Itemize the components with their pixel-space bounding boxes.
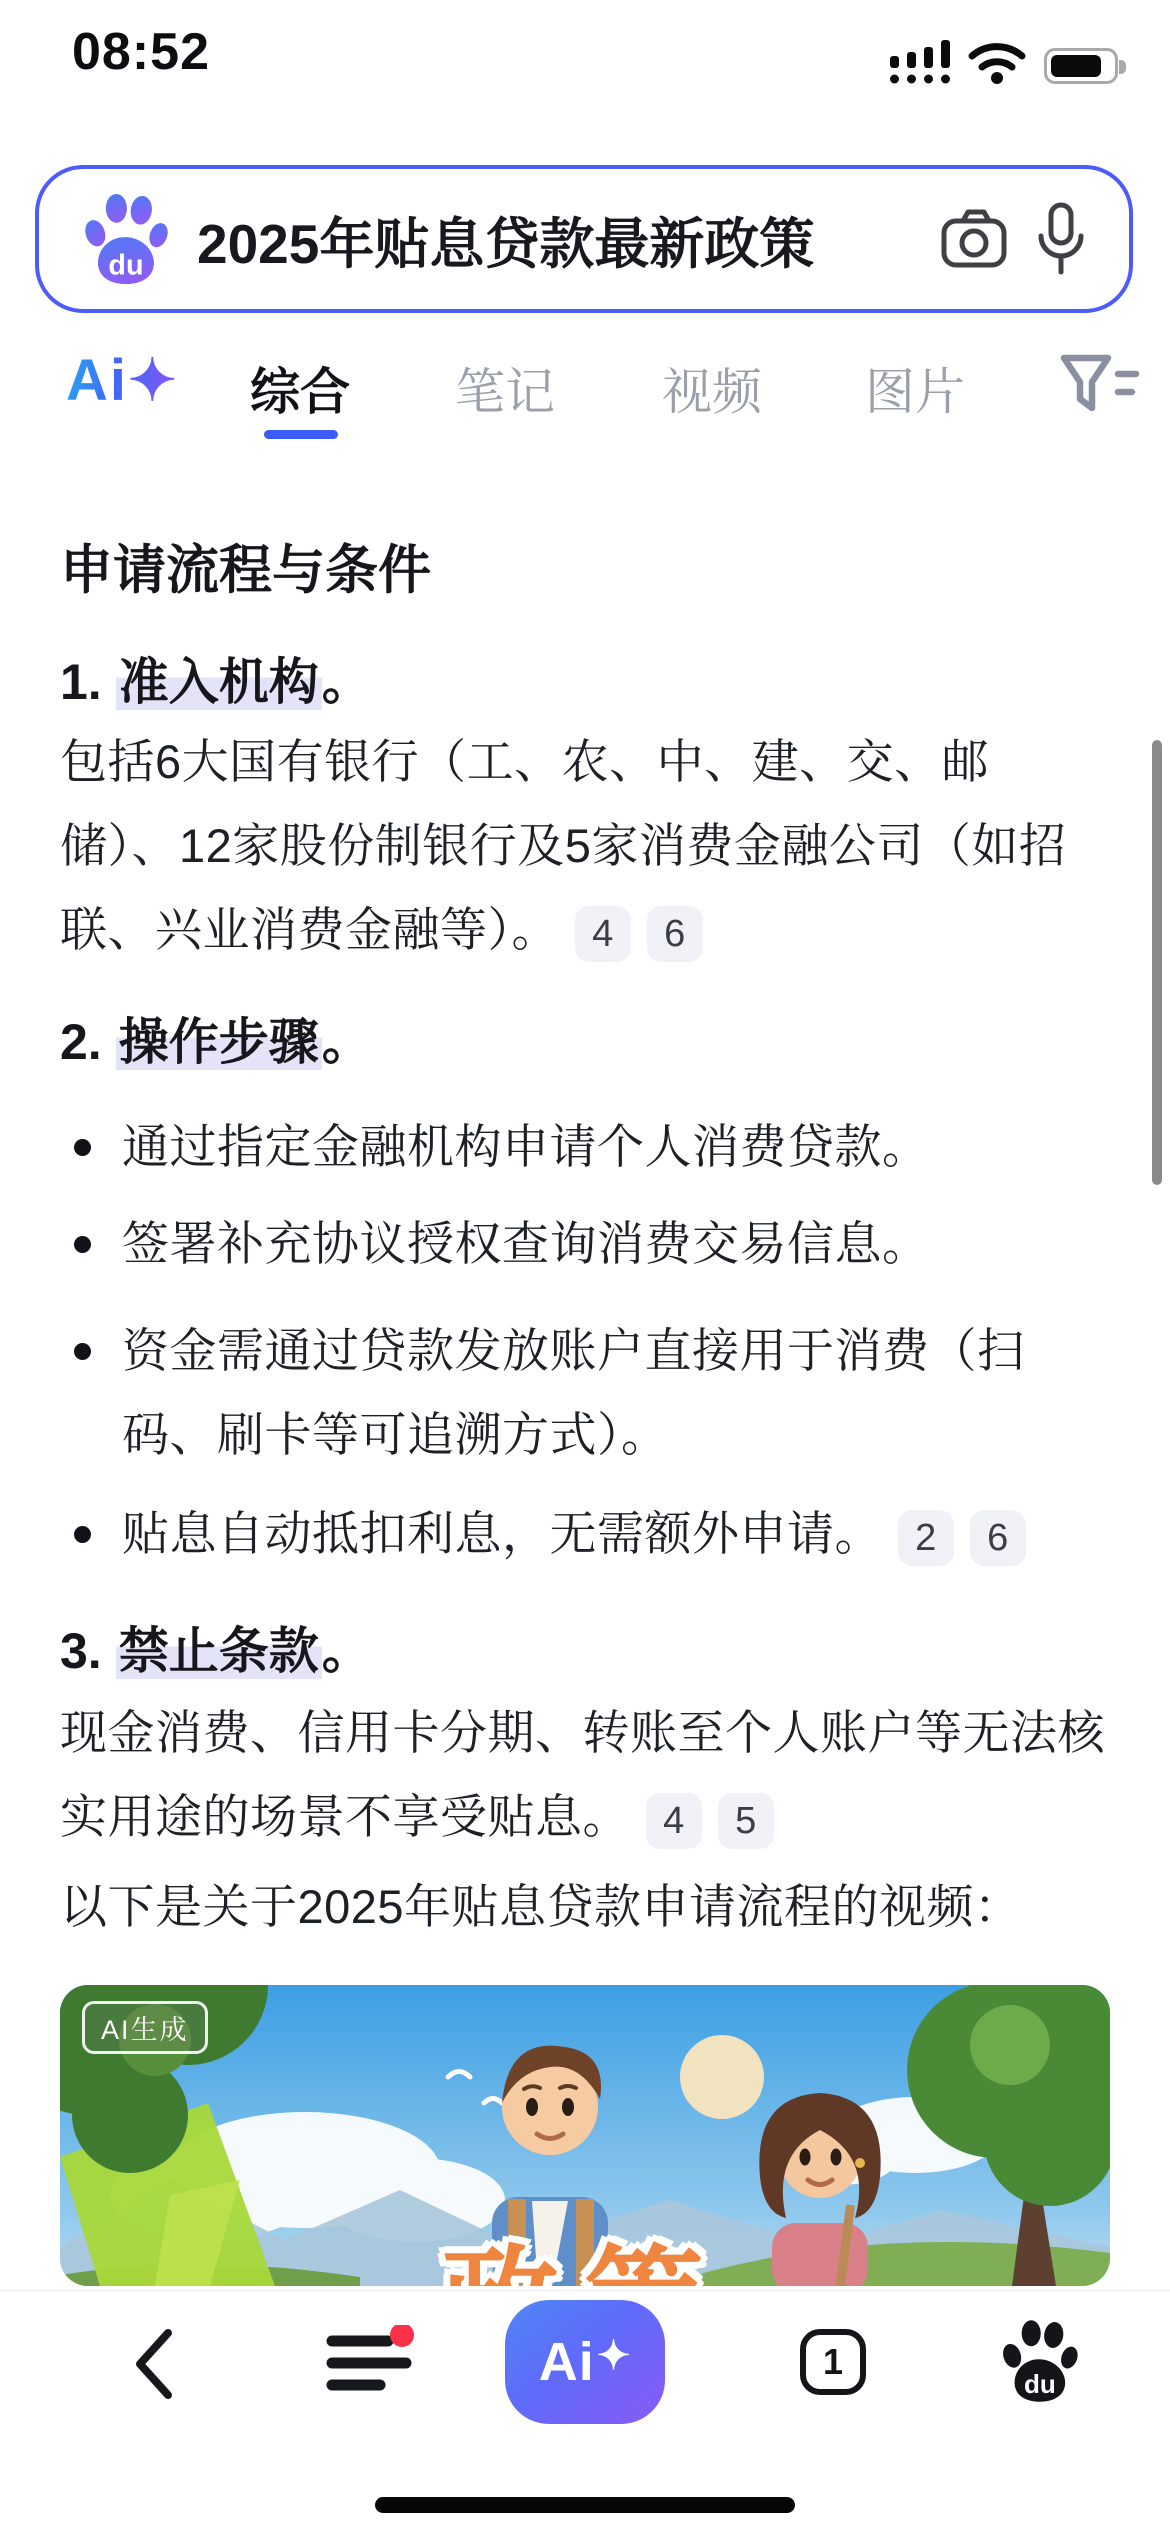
notification-dot bbox=[390, 2325, 414, 2347]
citation-badge[interactable]: 4 bbox=[575, 906, 631, 962]
video-thumbnail[interactable]: AI生成 政策 bbox=[60, 1985, 1110, 2286]
bullet-item: 资金需通过贷款发放账户直接用于消费（扫 码、刷卡等可追溯方式）。 bbox=[60, 1309, 1110, 1477]
citation-badge[interactable]: 6 bbox=[970, 1510, 1026, 1566]
video-lead-text: 以下是关于2025年贴息贷款申请流程的视频： bbox=[60, 1865, 1110, 1949]
section-1-title: 准入机构 bbox=[116, 654, 322, 710]
section-2-heading: 2.操作步骤。 bbox=[60, 1012, 1110, 1072]
section-3-heading: 3.禁止条款。 bbox=[60, 1621, 1110, 1681]
citation-badge[interactable]: 4 bbox=[646, 1793, 702, 1849]
sparkle-icon: ✦ bbox=[597, 2333, 632, 2379]
citation-badge[interactable]: 5 bbox=[718, 1793, 774, 1849]
section-1-body: 包括6大国有银行（工、农、中、建、交、邮 储）、12家股份制银行及5家消费金融公… bbox=[60, 720, 1110, 972]
baidu-home-button[interactable]: du bbox=[1000, 2319, 1078, 2403]
tab-count-button[interactable]: 1 bbox=[800, 2329, 866, 2395]
girl-character bbox=[759, 2093, 880, 2286]
section-2-title: 操作步骤 bbox=[116, 1014, 322, 1070]
svg-text:du: du bbox=[1024, 2369, 1056, 2399]
section-3-title: 禁止条款 bbox=[116, 1623, 322, 1679]
ai-assistant-button[interactable]: Ai✦ bbox=[505, 2300, 665, 2424]
bullet-item: 通过指定金融机构申请个人消费贷款。 bbox=[60, 1105, 1110, 1189]
bullet-item: 贴息自动抵扣利息，无需额外申请。26 bbox=[60, 1492, 1110, 1576]
home-indicator[interactable] bbox=[375, 2497, 795, 2513]
section-2-bullet-list: 通过指定金融机构申请个人消费贷款。 签署补充协议授权查询消费交易信息。 资金需通… bbox=[60, 1105, 1110, 1576]
video-caption-text: 政策 bbox=[441, 2207, 729, 2286]
section-1-heading: 1.准入机构。 bbox=[60, 652, 1110, 712]
ai-answer-content: 申请流程与条件 1.准入机构。 包括6大国有银行（工、农、中、建、交、邮 储）、… bbox=[60, 0, 1110, 2286]
section-3-body: 现金消费、信用卡分期、转账至个人账户等无法核 实用途的场景不享受贴息。45 bbox=[60, 1691, 1110, 1859]
bullet-item: 签署补充协议授权查询消费交易信息。 bbox=[60, 1202, 1110, 1286]
answer-heading: 申请流程与条件 bbox=[60, 540, 1110, 602]
scrollbar-thumb[interactable] bbox=[1152, 740, 1162, 1185]
ai-generated-badge: AI生成 bbox=[82, 2001, 208, 2054]
citation-badge[interactable]: 6 bbox=[647, 906, 703, 962]
bottom-toolbar: Ai✦ 1 du bbox=[0, 2290, 1170, 2532]
citation-badge[interactable]: 2 bbox=[898, 1510, 954, 1566]
back-button[interactable] bbox=[130, 2327, 176, 2401]
menu-button[interactable] bbox=[326, 2325, 418, 2399]
